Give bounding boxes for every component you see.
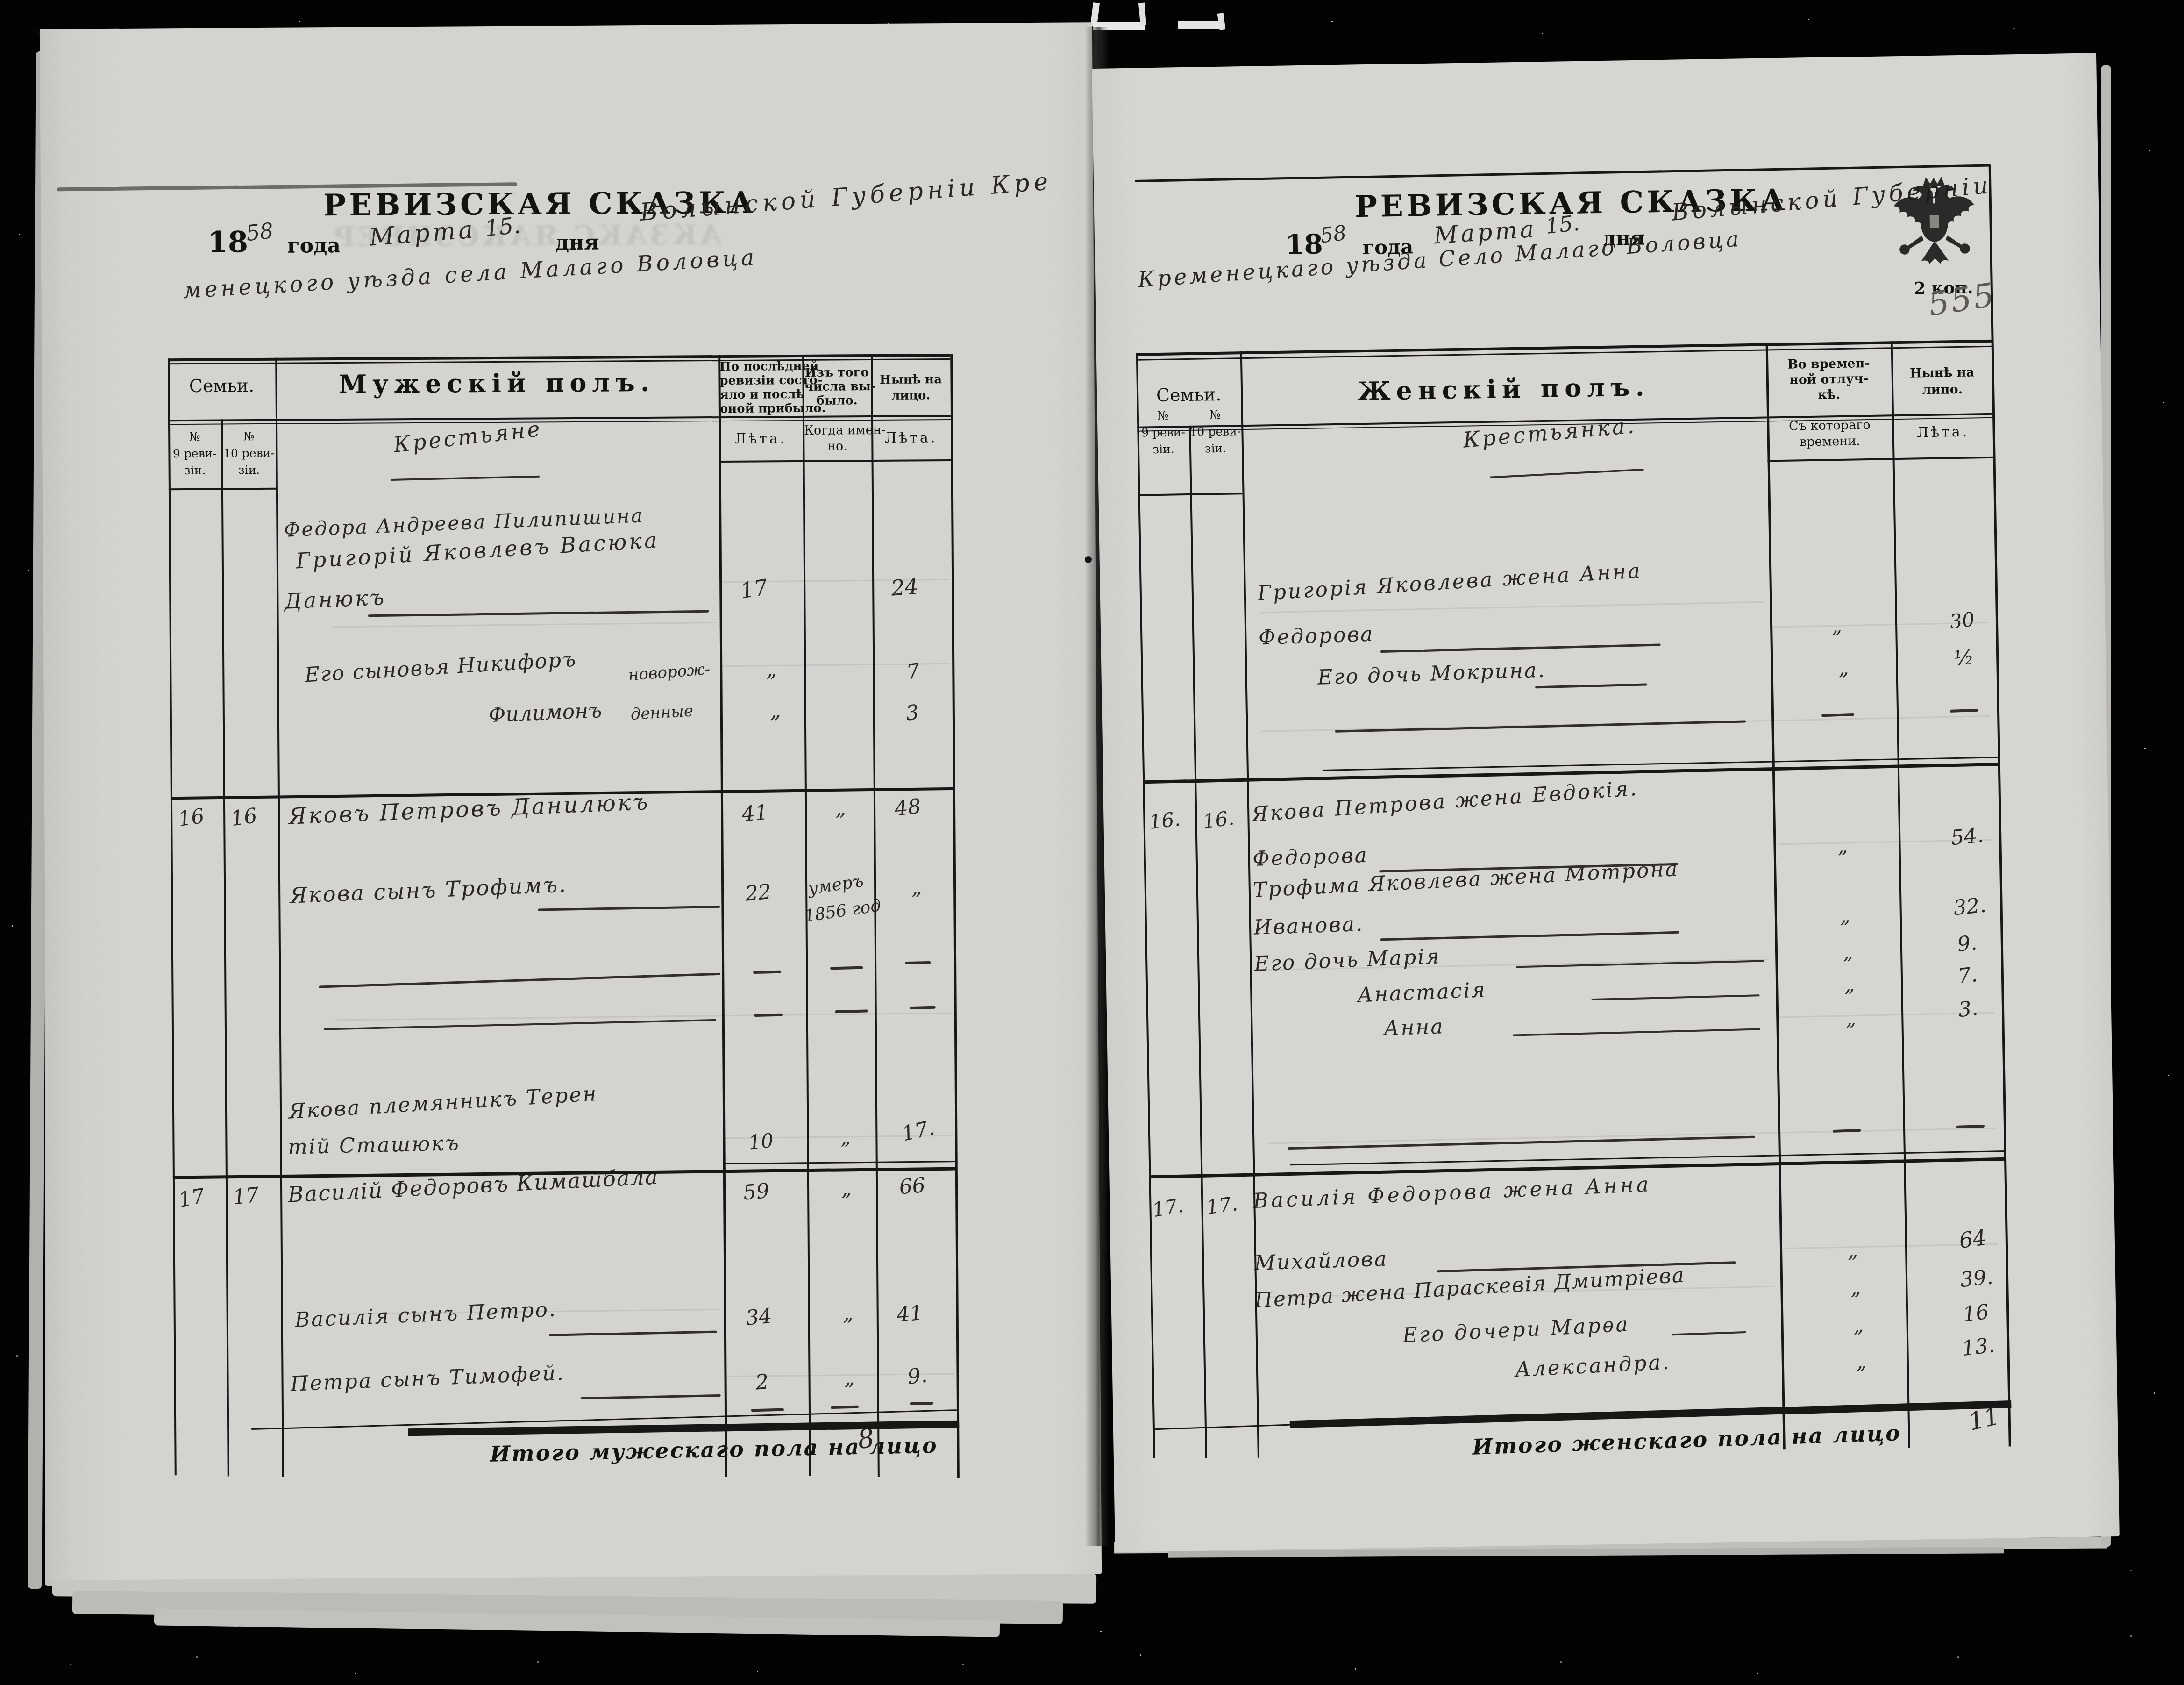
right-page: РЕВИЗСКАЯ СКАЗКА 18 58 года Марта 15. дн…	[1092, 53, 2120, 1552]
hw-day: 15.	[1544, 211, 1581, 238]
hw-dash	[753, 971, 781, 974]
entry-name: Григорія Яковлева жена Анна	[1257, 560, 1643, 605]
header-sex: Мужескій полъ.	[275, 367, 718, 399]
noise-speck	[1100, 1631, 1102, 1632]
entry-name: Его сыновья Никифоръ	[304, 648, 577, 686]
table-column-line	[1989, 165, 2011, 1447]
header-years1: Лѣта.	[719, 431, 802, 448]
noise-speck	[1140, 1654, 1141, 1656]
header-line: было.	[804, 393, 870, 408]
header-col-away: Во времен- ной отлуч- кѣ.	[1768, 355, 1890, 403]
hw-underline	[549, 1331, 717, 1336]
family-no-9: 16.	[1148, 808, 1181, 834]
ditto-mark: „	[835, 797, 846, 820]
noise-speck	[962, 1664, 964, 1665]
ditto-mark: „	[843, 1303, 854, 1324]
age-prev-value: 34	[745, 1305, 773, 1330]
header-line: зіи.	[1138, 441, 1190, 458]
hw-underline	[1380, 931, 1679, 941]
header-line: №	[222, 428, 276, 445]
hw-underline	[1592, 994, 1760, 1000]
age-now-value: 41	[896, 1302, 924, 1327]
noise-speck	[2168, 1075, 2169, 1076]
table-column-line	[950, 354, 960, 1478]
header-line: №	[168, 428, 221, 446]
age-prev-value: 41	[741, 801, 769, 826]
entry-name: Василія сынъ Петро.	[294, 1299, 557, 1332]
entry-name: Петра сынъ Тимофей.	[290, 1362, 565, 1396]
table-column-line	[1891, 341, 1910, 1448]
hw-day: 15.	[484, 213, 522, 241]
header-line: Когда имен-	[804, 422, 870, 439]
age-now-value: 66	[898, 1174, 926, 1199]
age-value: 13.	[1961, 1334, 1996, 1360]
entry-name: Анна	[1383, 1015, 1444, 1040]
age-value: 30	[1949, 608, 1976, 633]
bleedthrough-line	[1267, 1128, 1996, 1144]
header-rev10: № 10 реви- зіи.	[1189, 406, 1242, 457]
family-no-10: 16.	[1202, 807, 1235, 833]
hw-underline	[391, 476, 540, 481]
noise-speck	[1957, 1656, 1959, 1658]
hw-year: 58	[1319, 222, 1347, 248]
header-line: кѣ.	[1769, 386, 1889, 403]
noise-speck	[2154, 1392, 2155, 1394]
hw-underline	[581, 1394, 721, 1399]
total-label: Итого женскаго пола на лицо	[1472, 1421, 1902, 1459]
hw-underline	[319, 973, 720, 988]
header-line: ной отлуч-	[1769, 371, 1889, 388]
family-no-9: 17.	[1151, 1194, 1185, 1221]
ditto-mark: „	[1848, 1240, 1858, 1262]
family-no-10: 17	[232, 1184, 260, 1209]
header-rev9: № 9 реви- зіи.	[1137, 407, 1190, 458]
hw-underline	[1490, 469, 1644, 478]
header-line: По послѣдней	[719, 359, 800, 374]
noise-speck	[28, 570, 29, 571]
header-line: зіи.	[1189, 440, 1242, 457]
header-line: лицо.	[873, 387, 949, 404]
header-line: №	[1189, 406, 1242, 424]
bleedthrough-line	[1259, 601, 1764, 614]
header-since: Съ котораго времени.	[1769, 417, 1890, 450]
age-value: 9.	[1956, 932, 1978, 956]
hw-underline	[1380, 643, 1661, 653]
ditto-mark: „	[1843, 942, 1853, 964]
table-rule	[1768, 457, 1995, 462]
ditto-mark: „	[844, 1367, 854, 1389]
age-prev-value: 10	[747, 1130, 775, 1154]
age-prev-value: 2	[754, 1371, 769, 1394]
header-years: Лѣта.	[1894, 424, 1992, 442]
table-rule	[723, 1161, 955, 1164]
hw-year: 58	[245, 219, 275, 245]
family-no-9: 17	[177, 1185, 207, 1212]
age-now-value: 17.	[900, 1117, 937, 1146]
age-value: 7.	[1956, 964, 1978, 988]
book-clip-icon	[1092, 3, 1148, 30]
age-prev-value: 59	[742, 1180, 770, 1205]
header-line: Изъ того	[804, 365, 869, 380]
age-value: 16	[1962, 1301, 1990, 1327]
noise-speck	[2130, 1635, 2132, 1637]
hw-dash	[905, 961, 931, 964]
age-now-value: 9.	[906, 1364, 928, 1389]
left-page: АКЗАКС ЯАКСЗИВЕР РЕВИЗСКАЯ СКАЗКА 18 58 …	[40, 22, 1102, 1580]
header-col-left: Изъ того числа вы- было.	[804, 365, 870, 408]
noise-speck	[12, 925, 13, 927]
hw-dash	[835, 1010, 868, 1014]
table-column-line	[1189, 426, 1207, 1458]
noise-speck	[2144, 748, 2146, 749]
bleedthrough-line	[335, 1013, 952, 1021]
table-column-line	[1136, 353, 1155, 1458]
ditto-mark: „	[1853, 1314, 1864, 1336]
noise-speck	[1542, 33, 1543, 34]
hw-dash	[751, 1408, 784, 1412]
hw-place-line: менецкого уѣзда села Малаго Воловца	[182, 245, 758, 303]
header-rev9: № 9 реви- зіи.	[168, 428, 221, 479]
hw-underline	[368, 610, 709, 617]
ditto-mark: „	[1846, 1008, 1856, 1030]
header-line: Нынѣ на	[1893, 364, 1991, 382]
age-prev-value: 22	[744, 881, 772, 906]
noise-speck	[888, 23, 889, 25]
hw-underline	[1672, 1331, 1746, 1335]
noise-speck	[1355, 1668, 1356, 1670]
entry-name: Его дочь Мокрина.	[1317, 659, 1546, 689]
entry-name: Иванова.	[1253, 913, 1364, 939]
table-column-line	[168, 358, 177, 1475]
entry-name: Его дочери Марѳа	[1402, 1313, 1630, 1347]
printed-year-prefix: 18	[207, 225, 248, 259]
header-family: Семьи.	[168, 376, 275, 397]
ditto-mark: „	[1840, 905, 1850, 927]
age-value: 39.	[1959, 1266, 1994, 1292]
ditto-mark: „	[840, 1127, 851, 1148]
noise-speck	[2149, 150, 2150, 151]
age-value: 54.	[1950, 824, 1985, 850]
header-line: яло и послѣ	[720, 387, 800, 402]
ditto-mark: „	[1850, 1278, 1861, 1299]
bleedthrough-line	[333, 622, 716, 628]
entry-name: Федорова	[1258, 623, 1374, 650]
header-line: лицо.	[1894, 381, 1991, 399]
bleedthrough-line	[1261, 715, 1990, 732]
hw-province: Волынской Губерніи Кре	[639, 168, 1053, 226]
table-column-line	[275, 358, 284, 1477]
hw-dash	[1950, 709, 1978, 713]
header-col-now: Нынѣ на лицо.	[1893, 364, 1991, 399]
noise-speck	[196, 1656, 198, 1658]
noise-speck	[1808, 19, 1809, 20]
ditto-mark: „	[1838, 657, 1849, 679]
table-column-line	[1240, 351, 1259, 1458]
entry-name: Якова сынъ Трофимъ.	[289, 872, 567, 907]
header-col-prev: По послѣдней ревизіи состо- яло и послѣ …	[719, 359, 800, 416]
family-no-9: 16	[177, 805, 206, 831]
table-rule	[1135, 164, 1991, 182]
age-prev-value: 17	[739, 575, 769, 603]
age-value: 64	[1957, 1226, 1988, 1253]
header-line: времени.	[1770, 433, 1891, 450]
entry-name: Михайлова	[1254, 1248, 1388, 1275]
age-now-value: 48	[894, 795, 922, 821]
header-sex: Женскій полъ.	[1241, 370, 1767, 407]
noise-speck	[757, 1671, 758, 1672]
header-estate-hw: Крестьянка.	[1442, 412, 1658, 454]
entry-note: новорож-	[628, 661, 711, 685]
noise-speck	[598, 30, 599, 32]
header-line: числа вы-	[804, 379, 869, 394]
age-value: 32.	[1952, 894, 1987, 920]
entry-name: Анастасія	[1357, 979, 1487, 1007]
hw-underline	[324, 1019, 716, 1030]
header-line: зіи.	[222, 462, 276, 479]
header-line: 9 реви-	[168, 445, 221, 463]
noise-speck	[16, 1355, 18, 1357]
entry-name: Федорова	[1252, 844, 1369, 871]
entry-name: Филимонъ	[488, 700, 602, 727]
scanned-revision-list-spread: АКЗАКС ЯАКСЗИВЕР РЕВИЗСКАЯ СКАЗКА 18 58 …	[0, 0, 2184, 1685]
ditto-mark: „	[1837, 835, 1848, 857]
table-column-line	[221, 420, 229, 1477]
death-note: умеръ	[807, 872, 865, 898]
header-col-now: Нынѣ на лицо.	[873, 371, 948, 404]
hw-dash	[910, 1006, 936, 1009]
noise-speck	[1331, 21, 1333, 22]
death-note: 1856 год	[803, 896, 882, 926]
ditto-mark: „	[911, 876, 922, 899]
page-number-scribble: 555	[1926, 277, 1999, 323]
age-value: 3.	[1957, 997, 1979, 1021]
entry-name: Якова племянникъ Терен	[288, 1083, 598, 1123]
entry-name: тій Сташюкъ	[288, 1132, 461, 1159]
table-rule	[1290, 1400, 2012, 1428]
noise-speck	[299, 21, 300, 22]
noise-speck	[98, 42, 100, 43]
ditto-mark: „	[766, 658, 777, 681]
entry-name: Якова Петрова жена Евдокія.	[1251, 778, 1639, 827]
noise-speck	[19, 234, 20, 235]
noise-speck	[537, 1661, 539, 1663]
header-years2: Лѣта.	[872, 430, 950, 447]
noise-speck	[2130, 1570, 2132, 1571]
entry-name: Его дочь Марія	[1254, 945, 1441, 976]
noise-speck	[2163, 402, 2164, 403]
noise-speck	[1757, 1673, 1758, 1674]
hw-dash	[910, 1402, 933, 1405]
family-no-10: 17.	[1205, 1193, 1239, 1219]
table-rule	[1290, 1150, 2006, 1165]
noise-speck	[355, 1673, 356, 1674]
hw-underline	[538, 906, 720, 911]
ditto-mark: „	[841, 1178, 852, 1199]
table-column-line	[1766, 343, 1786, 1449]
family-no-10: 16	[229, 805, 258, 831]
printed-dnya: дня	[555, 231, 599, 255]
ditto-mark: „	[770, 700, 781, 722]
hw-underline	[1513, 1028, 1760, 1036]
entry-note: денные	[630, 702, 694, 723]
noise-speck	[2013, 28, 2015, 29]
age-now-value: 3	[905, 701, 920, 725]
header-line: оной прибыло.	[720, 401, 800, 416]
noise-speck	[70, 1664, 71, 1665]
entry-name: Василія Федорова жена Анна	[1253, 1173, 1652, 1213]
noise-speck	[35, 1187, 36, 1188]
header-estate-hw: Крестьяне	[369, 414, 567, 459]
header-line: но.	[804, 438, 870, 455]
entry-name: Александра.	[1515, 1351, 1672, 1381]
header-rev10: № 10 реви- зіи.	[222, 428, 276, 479]
header-family: Семьи.	[1137, 384, 1241, 406]
header-line: зіи.	[169, 462, 221, 479]
imperial-eagle-stamp-icon	[1888, 171, 1981, 277]
entry-name: Данюкъ	[284, 585, 386, 613]
noise-speck	[1560, 1661, 1562, 1663]
hw-underline	[1535, 684, 1647, 689]
header-line: №	[1137, 407, 1189, 425]
header-line: ревизіи состо-	[719, 373, 800, 388]
book-clip-icon	[1178, 13, 1227, 31]
hw-dash	[1821, 713, 1854, 717]
hw-dash	[831, 1406, 859, 1409]
ditto-mark: „	[1844, 974, 1855, 996]
ditto-mark: „	[1857, 1351, 1867, 1373]
printed-goda: года	[287, 234, 341, 258]
header-when: Когда имен- но.	[804, 422, 870, 455]
header-line: Во времен-	[1768, 355, 1889, 372]
header-line: Нынѣ на	[873, 371, 948, 388]
age-now-value: 24	[890, 574, 919, 600]
hw-dash	[830, 966, 863, 970]
ink-blot	[1085, 556, 1092, 563]
table-rule	[719, 459, 951, 463]
header-line: 10 реви-	[222, 445, 276, 462]
age-value: ½	[1953, 646, 1975, 671]
